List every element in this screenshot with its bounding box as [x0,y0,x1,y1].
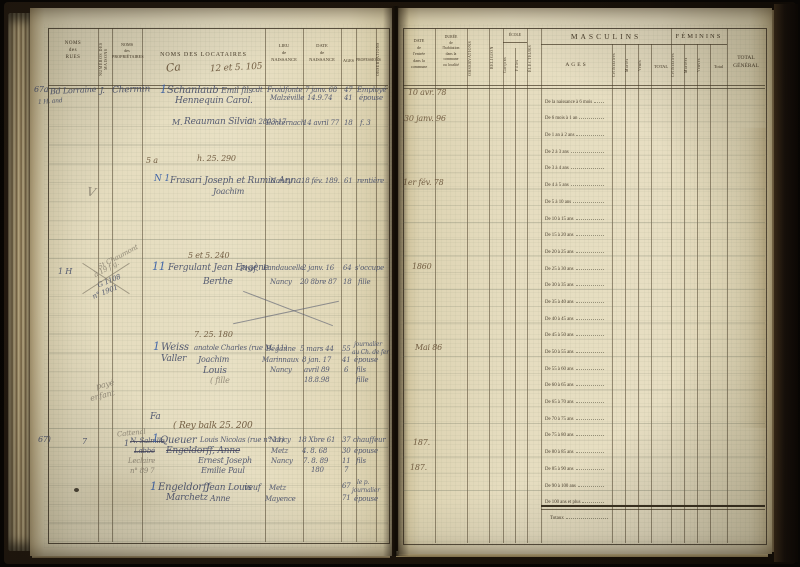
handwritten-note: 1 [160,84,167,95]
handwritten-note: Louis [203,367,227,376]
handwritten-note: Queuer [160,436,197,446]
handwritten-note: épouse [354,357,378,364]
handwritten-note: 14.9.74 [307,95,332,102]
handwritten-note: Anne [210,495,230,503]
handwritten-note: 18 Xbre 61 [298,437,335,444]
handwritten-note: 18.8.98 [304,377,329,384]
handwritten-note: 5 mars 44 [300,346,334,353]
handwritten-note: 20 8bre 87 [300,279,337,286]
handwritten-note: 180 [311,467,324,474]
handwritten-note: ( fille [210,377,230,385]
handwritten-note: épouse [354,448,378,455]
handwritten-note: 55 [342,346,351,353]
handwritten-note: 1 H. and [38,98,63,106]
handwritten-note: Employé [357,87,386,94]
handwritten-note: h. 25. 290 [197,155,236,163]
handwritten-note: journalier [352,488,380,494]
handwritten-note: 1860 [412,263,432,271]
handwritten-note: 7. 25. 180 [194,331,233,339]
handwritten-note: 71 [342,495,351,502]
handwritten-note: n° 1901 [92,284,119,300]
handwritten-note: Froidfonte [267,87,302,94]
handwritten-note: Ernest Joseph [198,457,252,465]
handwritten-note: 1er fév. 78 [403,179,444,187]
handwritten-note: fille [356,377,368,384]
handwritten-note: 41 [344,95,353,102]
handwritten-note: Joachim [198,356,229,364]
handwritten-note: épouse [354,496,378,503]
handwritten-note: 14 avril 77 [303,120,339,127]
handwritten-note: Emil fils [221,87,252,95]
handwritten-note: 30 janv. 96 [404,115,446,123]
handwritten-note: Weiss [161,343,189,353]
handwritten-note: 5 a [146,157,158,165]
handwritten-note: 4. 8. 68 [302,448,327,455]
handwritten-note: fils [356,458,366,465]
handwritten-note: le p. [357,480,369,486]
handwritten-note: 8 jan. 17 [302,357,331,364]
handwritten-note: enfant [89,389,115,403]
handwritten-note: rentière [357,178,384,185]
handwritten-note: Metz [271,448,288,455]
handwritten-note: 61 [344,178,353,185]
handwritten-note: Fa [150,413,161,422]
handwritten-note: Schanlaub [167,86,219,96]
handwritten-note: 1 [152,433,159,444]
handwritten-note: Nancy [269,437,291,444]
handwritten-note: cdt [252,87,263,94]
handwritten-note: Engeldorff, Anne [166,447,240,456]
handwritten-note: Nancy [270,367,292,374]
handwritten-note: Marchetz [166,494,208,503]
handwritten-note: 7 janv. 68 [305,87,337,94]
handwritten-note: 67) [38,436,51,444]
handwritten-note: Chermin [112,85,150,95]
handwritten-note: Nancy [271,458,293,465]
handwritten-note: 18 [343,279,352,286]
handwritten-note: 47 [344,87,353,94]
handwritten-note: fils [356,367,366,374]
handwritten-note: chauffeur [353,437,386,444]
handwritten-note: M. [172,119,182,127]
handwritten-note: Mai 86 [415,344,442,352]
handwritten-note: V [86,185,96,198]
handwritten-note: 64 [343,265,352,272]
handwritten-note: Malzéville [270,95,304,102]
handwritten-note: fille [358,279,370,286]
handwritten-note: épouse [359,95,383,102]
handwritten-note: 7. 8. 89 [303,458,328,465]
handwritten-note: journalier [354,342,382,348]
handwritten-note: Mayence [265,496,296,503]
handwritten-note: 1 H [58,268,72,276]
handwritten-note: 2 janv. 16 [302,265,334,272]
handwritten-note: Hennequin Carol. [175,97,253,106]
gutter-shadow [383,6,409,556]
handwritten-note: 5 et 5. 240 [188,252,229,260]
handwritten-note: Ca [165,61,181,73]
handwritten-note: n° 89 7 [130,468,154,475]
handwritten-note: s'occupe [355,265,384,272]
handwritten-note: 10 avr. 78 [408,89,446,97]
handwritten-note: 7 [344,467,348,474]
handwritten-note: Nancy [270,178,292,185]
handwritten-note: 12 et 5. 105 [210,63,263,75]
handwritten-note: 1 [150,481,157,492]
handwritten-note: Emilie Paul [201,467,245,475]
handwritten-note: avril 89 [304,367,329,374]
handwritten-note: 1 [153,341,160,352]
handwritten-note: Marinnaux [262,357,299,364]
handwritten-note: 18 fév. 189. [301,178,340,185]
handwritten-note: Landaucelle [263,265,304,272]
handwritten-note: J. [100,87,105,95]
handwritten-note: 18 [344,120,353,127]
handwritten-note: Béganne [266,346,296,353]
handwritten-note: 187. [410,464,427,472]
handwritten-note: 11 [342,458,351,465]
handwritten-note: Valler [161,355,186,364]
handwritten-note: Echternach [266,120,305,127]
handwritten-note: 30 [342,448,351,455]
handwritten-note: 7 [82,438,87,446]
handwritten-note: 11 [152,261,166,272]
handwritten-note: 187. [413,439,430,447]
handwritten-note: f. 3 [360,120,370,127]
handwritten-note: 6 [344,367,348,374]
handwritten-note: Nancy [270,279,292,286]
handwritten-note: 67a [34,86,48,94]
handwritten-note: N 1 [154,175,170,184]
handwritten-note: 67 [342,483,351,490]
handwritten-note: Bd Lorraine [50,86,97,96]
handwritten-note: veuf [244,484,261,492]
handwritten-note: Metz [269,485,286,492]
handwritten-note: Joachim [213,188,244,196]
handwritten-note: Berthe [203,278,233,287]
ink-blot [74,488,79,492]
handwritten-note: ( Rey balk 25. 200 [173,422,253,431]
handwritten-note: 1 [124,440,129,448]
handwritten-note: Reauman Silvia [184,118,252,127]
handwritten-note: Labbé [134,448,155,455]
handwritten-note: Engeldorff [158,483,210,493]
handwritten-note: Prof. [240,265,258,273]
handwritten-note: 41 [342,357,351,364]
handwritten-note: 37 [342,437,351,444]
handwritten-note: Leclaire [128,458,155,465]
